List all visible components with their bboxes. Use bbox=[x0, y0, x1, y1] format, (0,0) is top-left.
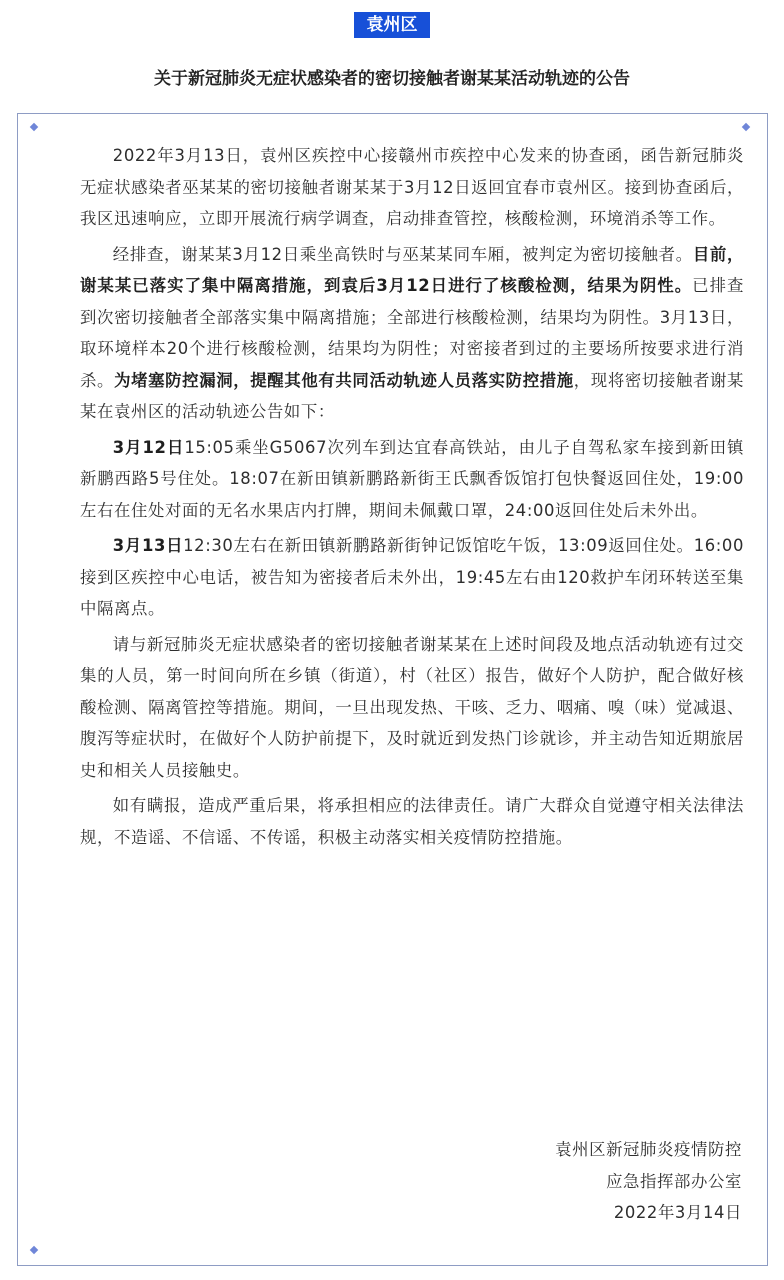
diamond-ornament-icon bbox=[30, 123, 38, 131]
paragraph-1: 2022年3月13日，袁州区疾控中心接赣州市疾控中心发来的协查函，函告新冠肺炎无… bbox=[80, 140, 744, 235]
diamond-ornament-icon bbox=[742, 123, 750, 131]
text-segment: 经排查，谢某某3月12日乘坐高铁时与巫某某同车厢，被判定为密切接触者。 bbox=[113, 245, 693, 264]
date-label: 3月13日 bbox=[113, 536, 183, 555]
paragraph-5: 请与新冠肺炎无症状感染者的密切接触者谢某某在上述时间段及地点活动轨迹有过交集的人… bbox=[80, 629, 744, 787]
paragraph-6: 如有瞒报，造成严重后果，将承担相应的法律责任。请广大群众自觉遵守相关法律法规，不… bbox=[80, 790, 744, 853]
signature-org-line2: 应急指挥部办公室 bbox=[555, 1166, 742, 1198]
notice-body: 2022年3月13日，袁州区疾控中心接赣州市疾控中心发来的协查函，函告新冠肺炎无… bbox=[80, 140, 744, 857]
signature-date: 2022年3月14日 bbox=[555, 1197, 742, 1229]
district-badge: 袁州区 bbox=[354, 12, 430, 38]
text-segment: 如有瞒报，造成严重后果，将承担相应的法律责任。请广大群众自觉遵守相关法律法规，不… bbox=[80, 796, 744, 847]
paragraph-2: 经排查，谢某某3月12日乘坐高铁时与巫某某同车厢，被判定为密切接触者。目前，谢某… bbox=[80, 239, 744, 428]
bold-segment: 为堵塞防控漏洞，提醒其他有共同活动轨迹人员落实防控措施 bbox=[114, 371, 574, 390]
signature-org-line1: 袁州区新冠肺炎疫情防控 bbox=[555, 1134, 742, 1166]
date-label: 3月12日 bbox=[113, 438, 185, 457]
paragraph-3-mar12: 3月12日15:05乘坐G5067次列车到达宜春高铁站，由儿子自驾私家车接到新田… bbox=[80, 432, 744, 527]
text-segment: 2022年3月13日，袁州区疾控中心接赣州市疾控中心发来的协查函，函告新冠肺炎无… bbox=[80, 146, 744, 228]
diamond-ornament-icon bbox=[30, 1246, 38, 1254]
notice-title: 关于新冠肺炎无症状感染者的密切接触者谢某某活动轨迹的公告 bbox=[0, 64, 784, 89]
signature-block: 袁州区新冠肺炎疫情防控 应急指挥部办公室 2022年3月14日 bbox=[555, 1134, 742, 1229]
paragraph-4-mar13: 3月13日12:30左右在新田镇新鹏路新街钟记饭馆吃午饭，13:09返回住处。1… bbox=[80, 530, 744, 625]
text-segment: 请与新冠肺炎无症状感染者的密切接触者谢某某在上述时间段及地点活动轨迹有过交集的人… bbox=[80, 635, 744, 780]
